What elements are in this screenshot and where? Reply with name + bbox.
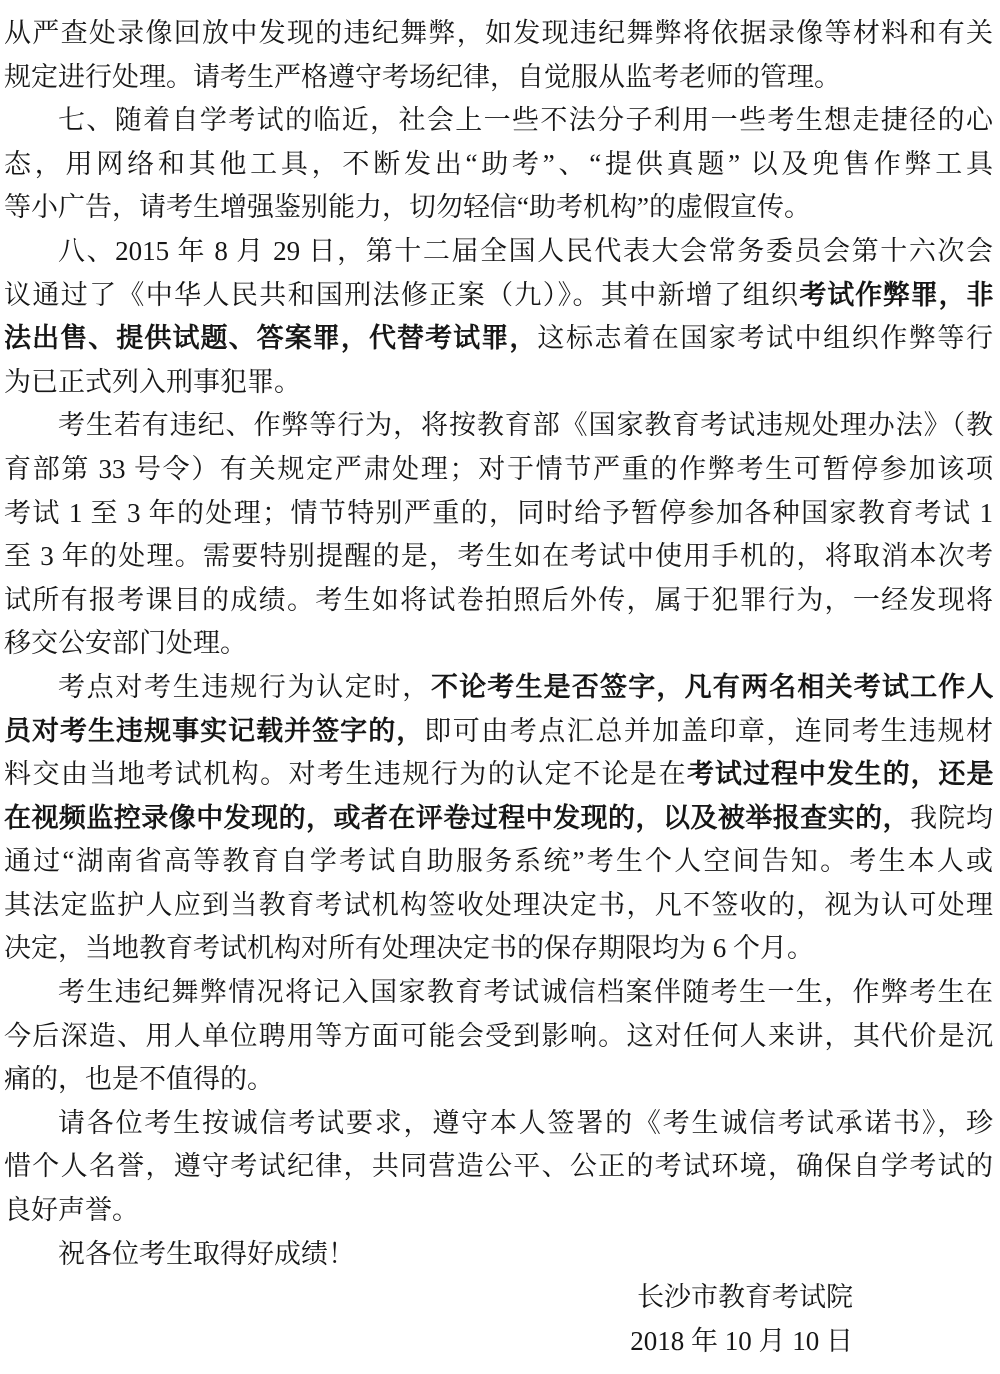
text-run: 至 3 年的处理。需要特别提醒的是，考生如在考试中使用手机的，将取消本次考	[4, 541, 993, 571]
body-line-25: 痛的，也是不值得的。	[4, 1058, 993, 1102]
document-body: 从严查处录像回放中发现的违纪舞弊，如发现违纪舞弊将依据录像等材料和有关规定进行处…	[4, 12, 993, 1363]
body-line-5: 等小广告，请考生增强鉴别能力，切勿轻信“助考机构”的虚假宣传。	[4, 186, 993, 230]
text-run: 通过“湖南省高等教育自学考试自助服务系统”考生个人空间告知。考生本人或	[4, 846, 993, 876]
body-line-8: 法出售、提供试题、答案罪，代替考试罪，这标志着在国家考试中组织作弊等行	[4, 317, 993, 361]
bold-text-run: 不论考生是否签字，凡有两名相关考试工作人	[431, 672, 993, 702]
bold-text-run: 法出售、提供试题、答案罪，代替考试罪，	[4, 323, 537, 353]
body-line-3: 七、随着自学考试的临近，社会上一些不法分子利用一些考生想走捷径的心	[4, 99, 993, 143]
body-line-22: 决定，当地教育考试机构对所有处理决定书的保存期限均为 6 个月。	[4, 927, 993, 971]
body-line-9: 为已正式列入刑事犯罪。	[4, 361, 993, 405]
body-line-14: 试所有报考课目的成绩。考生如将试卷拍照后外传，属于犯罪行为，一经发现将	[4, 579, 993, 623]
text-run: 试所有报考课目的成绩。考生如将试卷拍照后外传，属于犯罪行为，一经发现将	[4, 585, 993, 615]
text-run: 考生违纪舞弊情况将记入国家教育考试诚信档案伴随考生一生，作弊考生在	[58, 977, 993, 1007]
text-run: 考试 1 至 3 年的处理；情节特别严重的，同时给予暂停参加各种国家教育考试 1	[4, 498, 993, 528]
body-line-26: 请各位考生按诚信考试要求，遵守本人签署的《考生诚信考试承诺书》，珍	[4, 1102, 993, 1146]
text-run: 我院均	[910, 803, 993, 833]
body-line-2: 规定进行处理。请考生严格遵守考场纪律，自觉服从监考老师的管理。	[4, 56, 993, 100]
bold-text-run: 考试作弊罪，非	[799, 280, 993, 310]
body-line-24: 今后深造、用人单位聘用等方面可能会受到影响。这对任何人来讲，其代价是沉	[4, 1015, 993, 1059]
text-run: 今后深造、用人单位聘用等方面可能会受到影响。这对任何人来讲，其代价是沉	[4, 1021, 993, 1051]
text-run: 八、2015 年 8 月 29 日，第十二届全国人民代表大会常务委员会第十六次会	[58, 236, 993, 266]
bold-text-run: 考试过程中发生的，还是	[687, 759, 993, 789]
body-line-20: 通过“湖南省高等教育自学考试自助服务系统”考生个人空间告知。考生本人或	[4, 840, 993, 884]
text-run: 决定，当地教育考试机构对所有处理决定书的保存期限均为 6 个月。	[4, 933, 814, 963]
text-run: 这标志着在国家考试中组织作弊等行	[537, 323, 993, 353]
body-line-17: 员对考生违规事实记载并签字的，即可由考点汇总并加盖印章，连同考生违规材	[4, 710, 993, 754]
body-line-6: 八、2015 年 8 月 29 日，第十二届全国人民代表大会常务委员会第十六次会	[4, 230, 993, 274]
body-line-11: 育部第 33 号令）有关规定严肃处理；对于情节严重的作弊考生可暂停参加该项	[4, 448, 993, 492]
text-run: 等小广告，请考生增强鉴别能力，切勿轻信“助考机构”的虚假宣传。	[4, 192, 811, 222]
body-line-27: 惜个人名誉，遵守考试纪律，共同营造公平、公正的考试环境，确保自学考试的	[4, 1145, 993, 1189]
text-run: 考点对考生违规行为认定时，	[58, 672, 431, 702]
text-run: 其法定监护人应到当教育考试机构签收处理决定书，凡不签收的，视为认可处理	[4, 890, 993, 920]
text-run: 即可由考点汇总并加盖印章，连同考生违规材	[424, 716, 993, 746]
body-line-28: 良好声誉。	[4, 1189, 993, 1233]
text-run: 育部第 33 号令）有关规定严肃处理；对于情节严重的作弊考生可暂停参加该项	[4, 454, 993, 484]
text-run: 料交由当地考试机构。对考生违规行为的认定不论是在	[4, 759, 687, 789]
signature-line: 长沙市教育考试院	[4, 1276, 993, 1320]
text-run: 2018 年 10 月 10 日	[630, 1326, 853, 1356]
text-run: 考生若有违纪、作弊等行为，将按教育部《国家教育考试违规处理办法》（教	[58, 410, 993, 440]
body-line-10: 考生若有违纪、作弊等行为，将按教育部《国家教育考试违规处理办法》（教	[4, 404, 993, 448]
body-line-4: 态，用网络和其他工具，不断发出“助考”、“提供真题” 以及兜售作弊工具	[4, 143, 993, 187]
body-line-23: 考生违纪舞弊情况将记入国家教育考试诚信档案伴随考生一生，作弊考生在	[4, 971, 993, 1015]
text-run: 惜个人名誉，遵守考试纪律，共同营造公平、公正的考试环境，确保自学考试的	[4, 1151, 993, 1181]
text-run: 议通过了《中华人民共和国刑法修正案（九）》。其中新增了组织	[4, 280, 799, 310]
body-line-19: 在视频监控录像中发现的，或者在评卷过程中发现的，以及被举报查实的，我院均	[4, 797, 993, 841]
body-line-18: 料交由当地考试机构。对考生违规行为的认定不论是在考试过程中发生的，还是	[4, 753, 993, 797]
text-run: 七、随着自学考试的临近，社会上一些不法分子利用一些考生想走捷径的心	[58, 105, 993, 135]
text-run: 请各位考生按诚信考试要求，遵守本人签署的《考生诚信考试承诺书》，珍	[58, 1108, 993, 1138]
scanned-document-page: 从严查处录像回放中发现的违纪舞弊，如发现违纪舞弊将依据录像等材料和有关规定进行处…	[0, 0, 1000, 1374]
text-run: 祝各位考生取得好成绩！	[58, 1239, 355, 1269]
date-line: 2018 年 10 月 10 日	[4, 1320, 993, 1364]
bold-text-run: 员对考生违规事实记载并签字的，	[4, 716, 424, 746]
body-line-12: 考试 1 至 3 年的处理；情节特别严重的，同时给予暂停参加各种国家教育考试 1	[4, 492, 993, 536]
body-line-1: 从严查处录像回放中发现的违纪舞弊，如发现违纪舞弊将依据录像等材料和有关	[4, 12, 993, 56]
bold-text-run: 在视频监控录像中发现的，或者在评卷过程中发现的，以及被举报查实的，	[4, 803, 910, 833]
text-run: 规定进行处理。请考生严格遵守考场纪律，自觉服从监考老师的管理。	[4, 62, 841, 92]
body-line-29: 祝各位考生取得好成绩！	[4, 1233, 993, 1277]
text-run: 长沙市教育考试院	[637, 1282, 853, 1312]
body-line-7: 议通过了《中华人民共和国刑法修正案（九）》。其中新增了组织考试作弊罪，非	[4, 274, 993, 318]
text-run: 为已正式列入刑事犯罪。	[4, 367, 301, 397]
body-line-13: 至 3 年的处理。需要特别提醒的是，考生如在考试中使用手机的，将取消本次考	[4, 535, 993, 579]
body-line-16: 考点对考生违规行为认定时，不论考生是否签字，凡有两名相关考试工作人	[4, 666, 993, 710]
body-line-21: 其法定监护人应到当教育考试机构签收处理决定书，凡不签收的，视为认可处理	[4, 884, 993, 928]
body-line-15: 移交公安部门处理。	[4, 622, 993, 666]
text-run: 从严查处录像回放中发现的违纪舞弊，如发现违纪舞弊将依据录像等材料和有关	[4, 18, 993, 48]
text-run: 痛的，也是不值得的。	[4, 1064, 274, 1094]
text-run: 良好声誉。	[4, 1195, 139, 1225]
text-run: 移交公安部门处理。	[4, 628, 247, 658]
text-run: 态，用网络和其他工具，不断发出“助考”、“提供真题” 以及兜售作弊工具	[4, 149, 993, 179]
